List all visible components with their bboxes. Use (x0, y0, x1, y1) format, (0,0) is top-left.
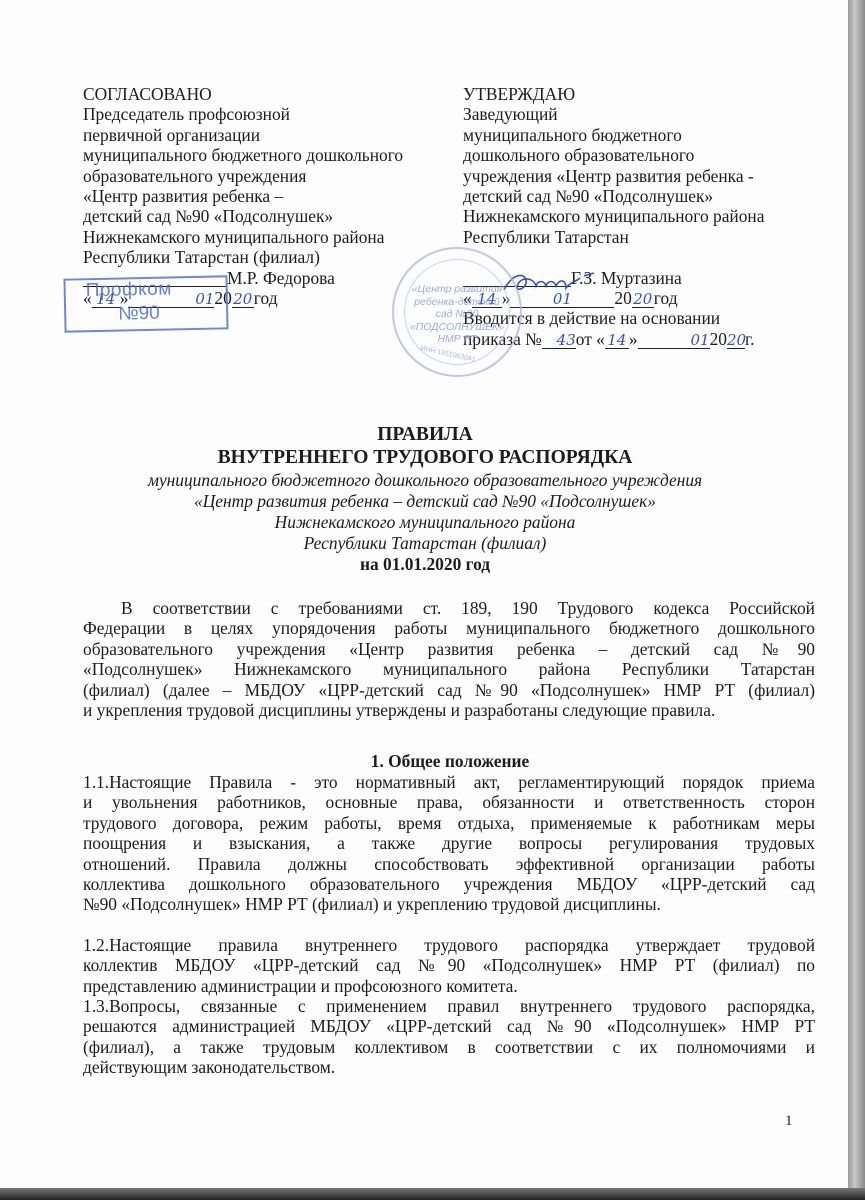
agreed-line: Республики Татарстан (филиал) (83, 247, 453, 267)
order-suffix: г. (745, 329, 755, 349)
seal-line: ребенка-детский (394, 296, 520, 309)
document-title: ПРАВИЛА (0, 424, 850, 446)
paragraph-line: 1.3.Вопросы, связанные с применением пра… (83, 996, 815, 1016)
paragraph-line: коллектив МБДОУ «ЦРР-детский сад №90 «По… (83, 955, 815, 975)
agreed-signer-name: М.Р. Федорова (227, 268, 335, 288)
scanner-edge-right (848, 0, 865, 1200)
document-title-line2: ВНУТРЕННЕГО ТРУДОВОГО РАСПОРЯДКА (0, 447, 850, 469)
paragraph-line: (филиал) (далее – МБДОУ «ЦРР-детский сад… (83, 680, 815, 700)
paragraph-line: (филиал), а также трудовым коллективом в… (83, 1037, 815, 1057)
clause-1-3: 1.3.Вопросы, связанные с применением пра… (83, 996, 815, 1078)
order-month-handwritten: 01 (638, 332, 710, 349)
paragraph-line: решаются администрацией МБДОУ «ЦРР-детск… (83, 1016, 815, 1036)
agreed-line: первичной организации (83, 125, 453, 145)
document-subtitle: «Центр развития ребенка – детский сад №9… (0, 491, 850, 512)
approved-line: учреждения «Центр развития ребенка - (463, 166, 843, 186)
approved-line: муниципального бюджетного (463, 125, 843, 145)
seal-inn: ИНН 1651063041 (420, 345, 476, 363)
agreed-line: Нижнекамского муниципального района (83, 227, 453, 247)
seal-line: НМР РТ (394, 333, 520, 346)
seal-line: «Центр развития (394, 283, 520, 296)
agreed-line: «Центр развития ребенка – (83, 186, 453, 206)
paragraph-line: коллектива дошкольного образовательного … (83, 874, 815, 894)
intro-paragraph: В соответствии с требованиями ст. 189, 1… (83, 598, 815, 720)
document-subtitle: муниципального бюджетного дошкольного об… (0, 470, 850, 491)
order-line: приказа №43от «14»012020г. (463, 329, 843, 349)
paragraph-line: поощрения и взыскания, а также другие во… (83, 833, 815, 853)
stamp-label: Профком (85, 278, 172, 302)
clause-1-2: 1.2.Настоящие правила внутреннего трудов… (83, 935, 815, 996)
agreed-line: Председатель профсоюзной (83, 104, 453, 124)
approved-line: Республики Татарстан (463, 227, 843, 247)
document-page: СОГЛАСОВАНО Председатель профсоюзной пер… (0, 0, 850, 1188)
year-prefix: 20 (614, 288, 631, 308)
paragraph-line: и увольнения работников, основные права,… (83, 792, 815, 812)
order-from: от « (576, 329, 605, 349)
order-number-handwritten: 43 (542, 332, 576, 349)
order-day-handwritten: 14 (605, 332, 629, 349)
approved-year-handwritten: 20 (632, 291, 654, 308)
approval-block-agreed: СОГЛАСОВАНО Председатель профсоюзной пер… (83, 84, 453, 308)
document-subtitle: Нижнекамского муниципального района (0, 512, 850, 533)
trade-union-stamp: Профком №90 (63, 275, 228, 332)
year-suffix: год (654, 288, 678, 308)
year-suffix: год (254, 288, 278, 308)
paragraph-line: В соответствии с требованиями ст. 189, 1… (83, 598, 815, 618)
paragraph-line: 1.2.Настоящие правила внутреннего трудов… (83, 935, 815, 955)
page-number: 1 (785, 1113, 793, 1130)
agreed-line: образовательного учреждения (83, 166, 453, 186)
paragraph-line: 1.1.Настоящие Правила - это нормативный … (83, 772, 815, 792)
paragraph-line: образовательного учреждения «Центр разви… (83, 639, 815, 659)
stamp-number: №90 (118, 303, 160, 326)
document-date-line: на 01.01.2020 год (0, 554, 850, 575)
agreed-line: муниципального бюджетного дошкольного (83, 145, 453, 165)
document-subtitle: Республики Татарстан (филиал) (0, 533, 850, 554)
agreed-heading: СОГЛАСОВАНО (83, 84, 453, 104)
approved-line: Заведующий (463, 104, 843, 124)
paragraph-line: №90 «Подсолнушек» НМР РТ (филиал) и укре… (83, 894, 815, 914)
paragraph-line: Федерации в целях упорядочения работы му… (83, 618, 815, 638)
agreed-line: детский сад №90 «Подсолнушек» (83, 206, 453, 226)
approved-line: Нижнекамского муниципального района (463, 206, 843, 226)
spacer (463, 247, 843, 267)
clause-1-1: 1.1.Настоящие Правила - это нормативный … (83, 772, 815, 915)
organization-seal: «Центр развития ребенка-детский сад №90 … (392, 247, 522, 377)
paragraph-line: и укрепления трудовой дисциплины утвержд… (83, 700, 815, 720)
paragraph-line: отношений. Правила должны способствовать… (83, 854, 815, 874)
approved-line: детский сад №90 «Подсолнушек» (463, 186, 843, 206)
quote-close: » (629, 329, 638, 349)
paragraph-line: трудового договора, режим работы, время … (83, 813, 815, 833)
section-heading: 1. Общее положение (0, 751, 865, 772)
scanner-edge-bottom (0, 1188, 865, 1200)
seal-line: сад №90 (394, 308, 520, 321)
approved-heading: УТВЕРЖДАЮ (463, 84, 843, 104)
paragraph-line: представлению администрации и профсоюзно… (83, 976, 815, 996)
paragraph-line: действующим законодательством. (83, 1057, 815, 1077)
agreed-year-handwritten: 20 (232, 291, 254, 308)
paragraph-line: «Подсолнушек» Нижнекамского муниципально… (83, 659, 815, 679)
seal-text: «Центр развития ребенка-детский сад №90 … (394, 283, 520, 346)
seal-line: «ПОДСОЛНУШЕК» (394, 321, 520, 334)
year-prefix: 20 (710, 329, 727, 349)
order-year-handwritten: 20 (727, 332, 745, 349)
approved-line: дошкольного образовательного (463, 145, 843, 165)
